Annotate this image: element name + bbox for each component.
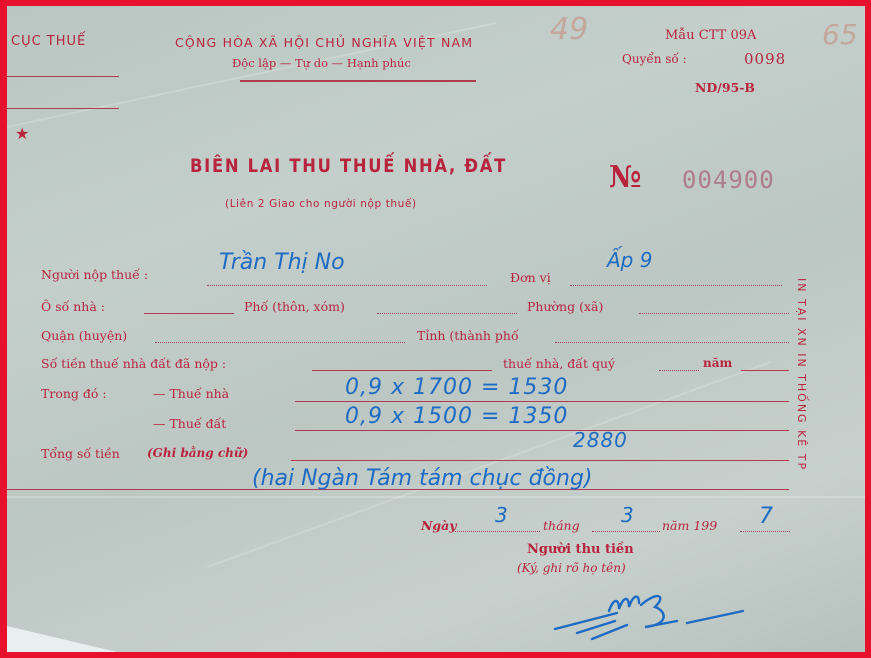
month-label: tháng xyxy=(543,518,580,533)
book-label: Quyển số : xyxy=(622,52,687,66)
land-tax-line xyxy=(295,430,789,431)
motto: Độc lập — Tự do — Hạnh phúc xyxy=(232,56,411,70)
month-line xyxy=(592,531,660,532)
ward-line xyxy=(639,313,789,314)
paper-corner xyxy=(7,626,117,652)
decree-code: ND/95-B xyxy=(695,80,755,95)
unit-value: Ấp 9 xyxy=(607,248,652,272)
form-code: Mẫu CTT 09A xyxy=(665,28,756,43)
district-line xyxy=(155,342,405,343)
year-label-date: năm 199 xyxy=(662,518,717,533)
land-tax-label: — Thuế đất xyxy=(153,416,226,431)
land-tax-value: 0,9 x 1500 = 1350 xyxy=(345,404,568,429)
house-number-line xyxy=(144,313,234,314)
taxpayer-value: Trần Thị No xyxy=(219,250,345,275)
total-words-label: Tổng số tiền xyxy=(41,446,120,461)
breakdown-label: Trong đó : xyxy=(41,386,107,401)
amount-paid-label: Số tiền thuế nhà đất đã nộp : xyxy=(41,356,226,371)
star-icon: ★ xyxy=(15,124,29,143)
street-label: Phố (thôn, xóm) xyxy=(244,299,345,314)
street-line xyxy=(377,313,517,314)
province-label: Tỉnh (thành phố xyxy=(417,328,519,343)
house-tax-label: — Thuế nhà xyxy=(153,386,229,401)
ward-label: Phường (xã) xyxy=(527,299,603,314)
amount-paid-line xyxy=(312,370,492,371)
total-words-value: (hai Ngàn Tám tám chục đồng) xyxy=(252,466,593,491)
book-number: 0098 xyxy=(744,50,786,68)
period-label: thuế nhà, đất quý xyxy=(503,356,615,371)
side-print-label: IN TẠI XN IN THỐNG KÊ TP xyxy=(795,278,808,471)
total-words-hint: (Ghi bằng chữ) xyxy=(147,446,248,460)
unit-line xyxy=(570,285,782,286)
house-number-label: Ô số nhà : xyxy=(41,299,105,314)
day-label: Ngày xyxy=(421,518,457,533)
year-line xyxy=(741,370,789,371)
country-name: CỘNG HÒA XÃ HỘI CHỦ NGHĨA VIỆT NAM xyxy=(175,35,473,50)
receipt-title: BIÊN LAI THU THUẾ NHÀ, ĐẤT xyxy=(190,155,507,177)
motto-underline xyxy=(240,80,476,82)
agency-label: CỤC THUẾ xyxy=(11,34,86,49)
signature-mark xyxy=(547,581,787,641)
agency-line-2 xyxy=(7,108,119,109)
day-line xyxy=(455,531,540,532)
agency-line-1 xyxy=(7,76,119,77)
house-tax-line xyxy=(295,401,789,402)
total-words-line-1 xyxy=(291,460,789,461)
faint-mark: 65 xyxy=(822,18,858,51)
month-value: 3 xyxy=(621,503,634,527)
day-value: 3 xyxy=(495,503,508,527)
year-line-date xyxy=(740,531,790,532)
paper-fold xyxy=(7,496,865,498)
period-line xyxy=(659,370,699,371)
number-symbol: № xyxy=(609,160,642,195)
district-label: Quận (huyện) xyxy=(41,328,127,343)
year-label: năm xyxy=(703,356,732,370)
receipt-number: 004900 xyxy=(682,166,775,194)
receipt-paper: CỤC THUẾ ★ CỘNG HÒA XÃ HỘI CHỦ NGHĨA VIỆ… xyxy=(7,6,865,652)
receipt-subtitle: (Liên 2 Giao cho người nộp thuế) xyxy=(225,198,417,210)
house-tax-value: 0,9 x 1700 = 1530 xyxy=(345,375,568,400)
year-value: 7 xyxy=(759,504,773,529)
collector-label: Người thu tiền xyxy=(527,542,634,557)
taxpayer-line xyxy=(207,285,487,286)
taxpayer-label: Người nộp thuế : xyxy=(41,267,148,282)
province-line xyxy=(555,342,789,343)
collector-hint: (Ký, ghi rõ họ tên) xyxy=(517,561,626,575)
subtotal-value: 2880 xyxy=(573,428,628,452)
unit-label: Đơn vị xyxy=(510,270,551,285)
faint-mark: 49 xyxy=(550,12,588,47)
